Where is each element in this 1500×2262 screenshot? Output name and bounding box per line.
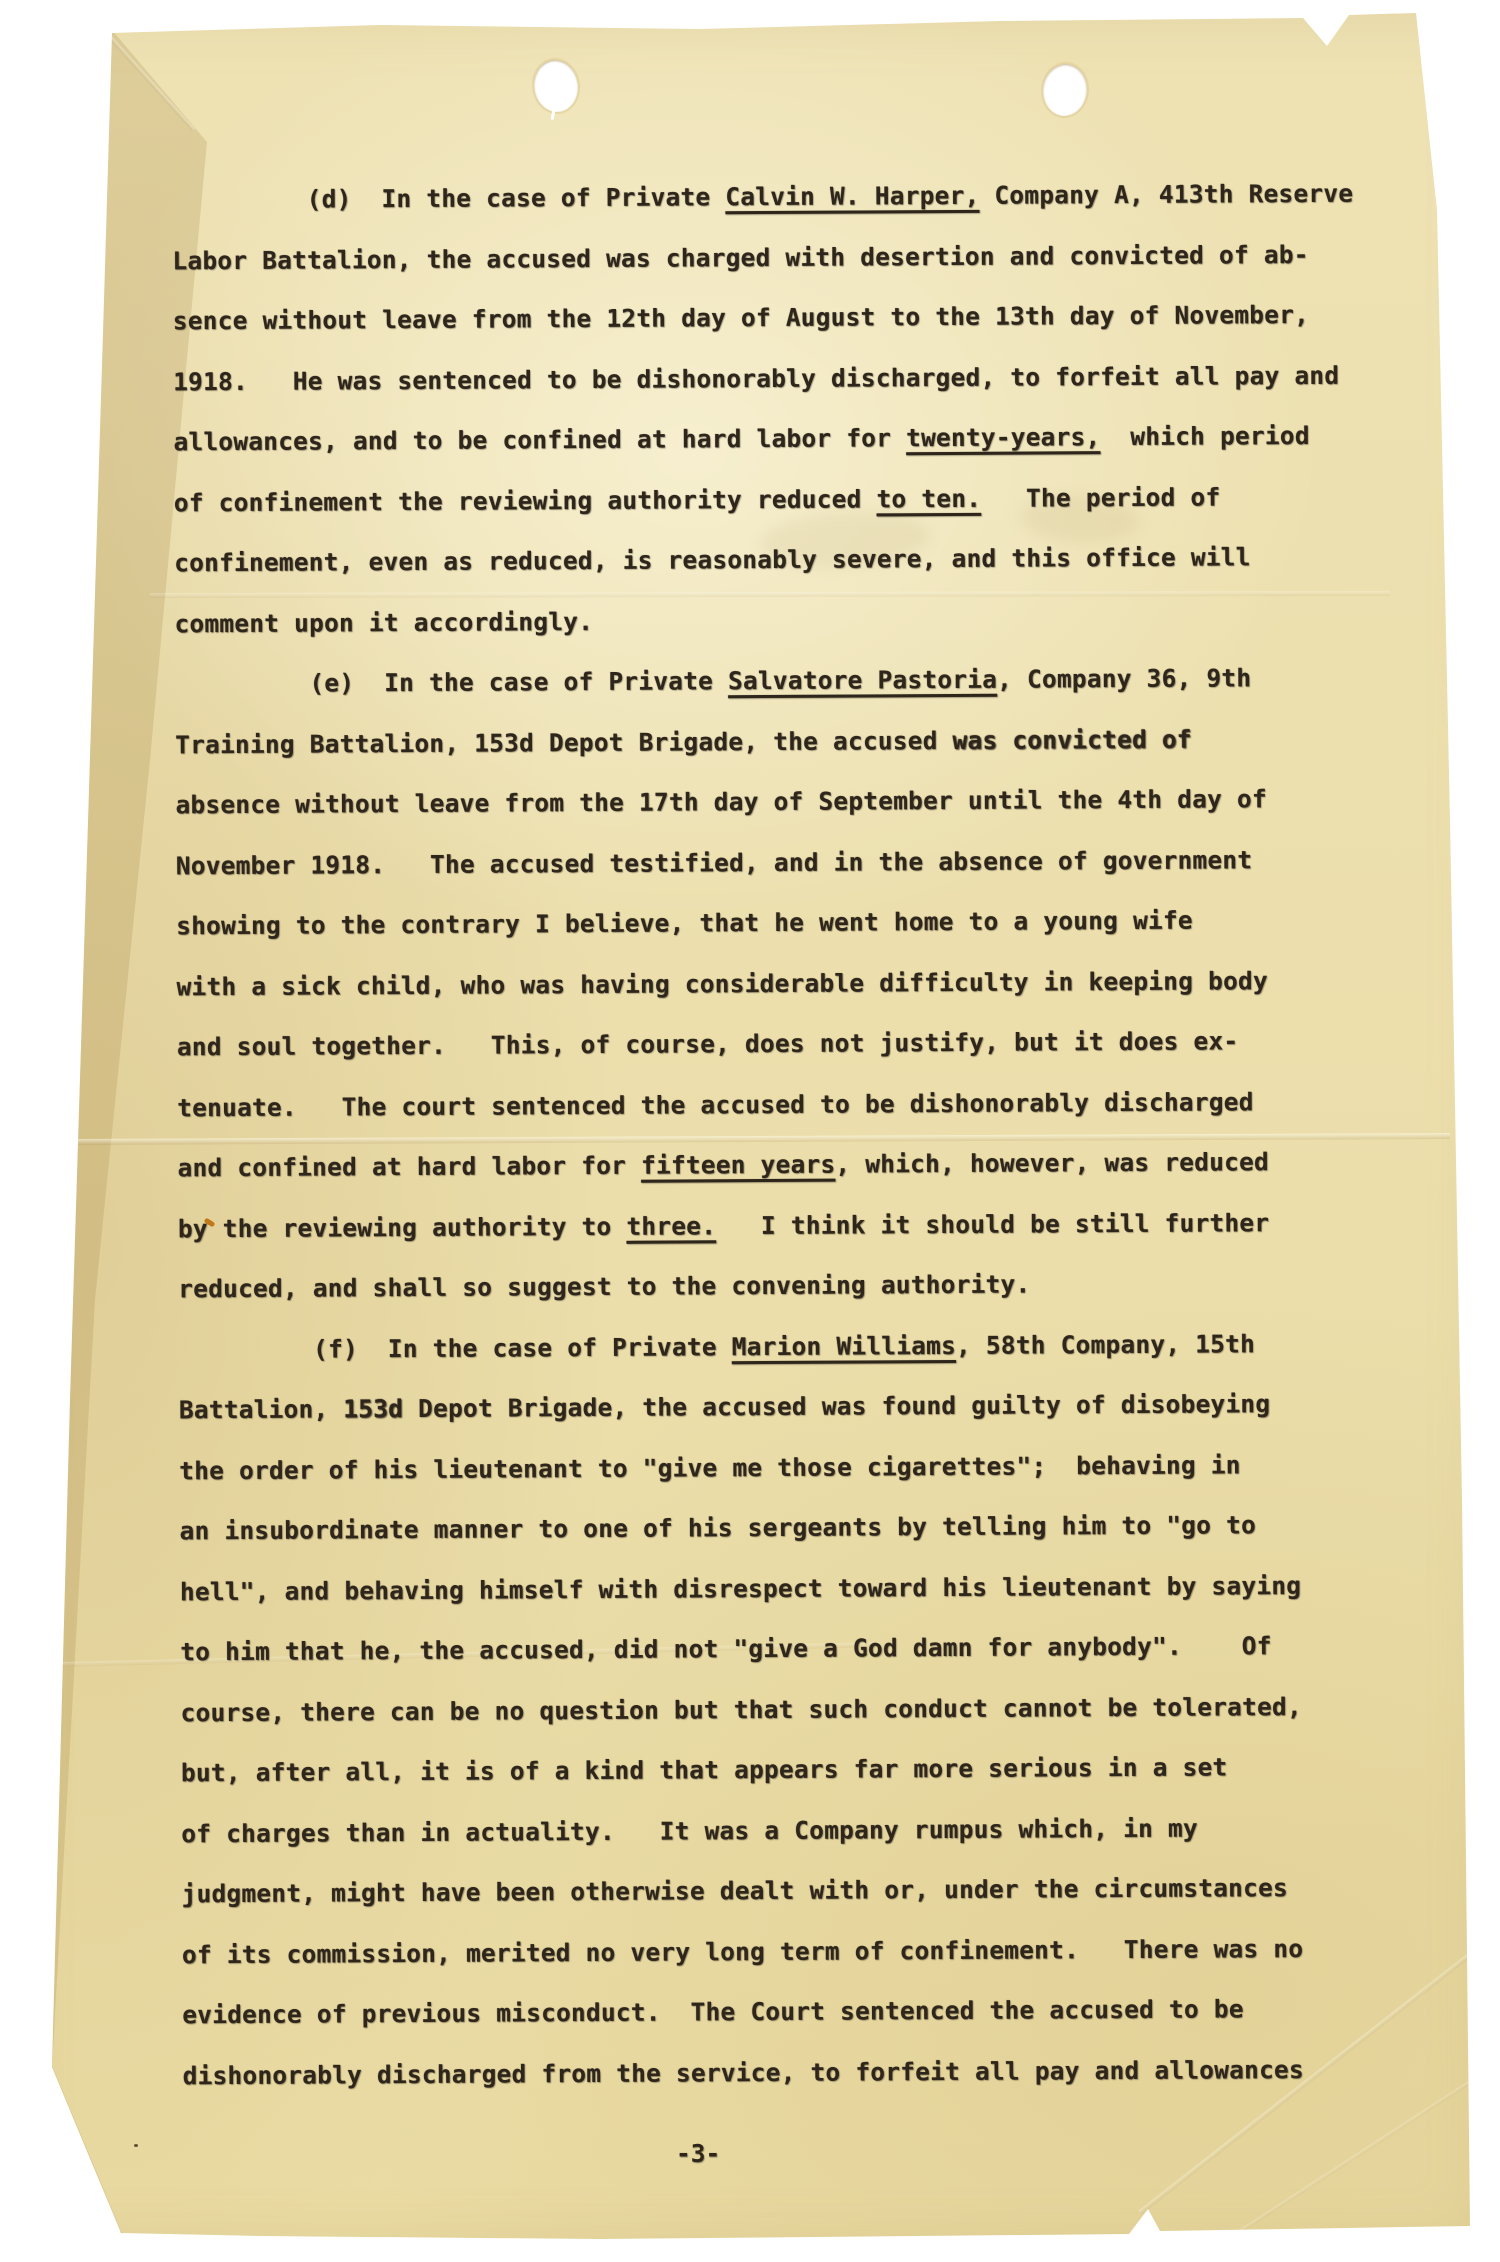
text-segment: by the reviewing authority to [178,1211,627,1243]
text-line: Training Battalion, 153d Depot Brigade, … [175,708,1356,775]
underlined-text: to ten. [876,483,981,513]
text-segment: but, after all, it is of a kind that app… [181,1752,1228,1787]
text-segment: , which, however, was reduced [835,1147,1269,1178]
text-line: sence without leave from the 12th day of… [173,285,1354,352]
text-line: evidence of previous misconduct. The Cou… [182,1979,1363,2046]
text-line: and soul together. This, of course, does… [177,1011,1358,1078]
text-line: an insubordinate manner to one of his se… [179,1495,1360,1562]
text-segment: to him that he, the accused, did not "gi… [180,1631,1272,1666]
text-line: (e) In the case of Private Salvatore Pas… [175,648,1356,715]
text-segment: allowances, and to be confined at hard l… [173,423,906,456]
text-line: (f) In the case of Private Marion Willia… [178,1313,1359,1380]
text-line: allowances, and to be confined at hard l… [173,406,1354,473]
text-segment: I think it should be still further [716,1208,1269,1240]
text-segment: Battalion, [179,1394,344,1424]
text-line: November 1918. The accused testified, an… [176,829,1357,896]
text-segment: confinement, even as reduced, is reasona… [174,542,1251,577]
text-segment: which period [1100,421,1309,451]
page-number: -3- [676,2124,720,2184]
paper-speck [78,195,82,199]
punch-hole-right [1040,62,1089,118]
text-segment: evidence of previous misconduct. The Cou… [182,1994,1244,2029]
text-line: (d) In the case of Private Calvin W. Har… [172,164,1353,231]
text-line: of its commission, merited no very long … [182,1918,1363,1985]
text-line: with a sick child, who was having consid… [176,950,1357,1017]
text-line: showing to the contrary I believe, that … [176,890,1357,957]
paper-speck [1436,141,1439,144]
text-segment: an insubordinate manner to one of his se… [180,1510,1257,1545]
text-line: by the reviewing authority to three. I t… [178,1192,1359,1259]
text-segment: and confined at hard labor for [177,1151,641,1183]
text-line: Battalion, 153d Depot Brigade, the accus… [179,1374,1360,1441]
text-segment: Company A, 413th Reserve [979,179,1353,210]
text-segment: judgment, might have been otherwise deal… [182,1873,1288,1908]
text-segment: was convicted of [953,724,1192,754]
text-segment: comment upon it accordingly. [174,606,593,637]
text-line: of confinement the reviewing authority r… [174,466,1355,533]
text-segment: (e) In the case of Private [175,666,728,698]
text-line: absence without leave from the 17th day … [175,769,1356,836]
underlined-text: Marion Williams [732,1330,956,1360]
text-segment: course, there can be no question but tha… [181,1692,1302,1727]
text-line: dishonorably discharged from the service… [182,2039,1363,2106]
text-segment: hell", and behaving himself with disresp… [180,1571,1301,1606]
text-line: but, after all, it is of a kind that app… [181,1737,1362,1804]
text-line: course, there can be no question but tha… [180,1676,1361,1743]
text-segment: (d) In the case of Private [172,182,725,214]
text-line: 1918. He was sentenced to be dishonorabl… [173,345,1354,412]
text-segment: , Company 36, 9th [997,663,1251,693]
corner-fold-crease [47,2064,121,2233]
text-segment: absence without leave from the 17th day … [175,784,1267,819]
text-segment: with a sick child, who was having consid… [176,966,1268,1001]
text-segment: The period of [981,482,1220,512]
text-segment: (f) In the case of Private [179,1332,732,1364]
text-line: and confined at hard labor for fifteen y… [177,1132,1358,1199]
text-segment: November 1918. The accused testified, an… [176,845,1253,880]
text-line: of charges than in actuality. It was a C… [181,1797,1362,1864]
text-line: tenuate. The court sentenced the accused… [177,1071,1358,1138]
text-line: judgment, might have been otherwise deal… [181,1858,1362,1925]
paper-speck [134,2144,138,2147]
text-line: to him that he, the accused, did not "gi… [180,1616,1361,1683]
text-line: Labor Battalion, the accused was charged… [172,224,1353,291]
text-segment: Training Battalion, 153d Depot Brigade, … [175,725,953,758]
text-segment: the order of his lieutenant to "give me … [179,1450,1241,1485]
text-segment: sence without leave from the 12th day of… [173,300,1309,335]
text-line: reduced, and shall so suggest to the con… [178,1253,1359,1320]
text-segment: and soul together. This, of course, does… [177,1026,1239,1061]
text-segment: of confinement the reviewing authority r… [174,484,877,517]
text-segment: , 58th Company, 15th [956,1329,1255,1360]
text-line: comment upon it accordingly. [174,587,1355,654]
text-line: confinement, even as reduced, is reasona… [174,527,1355,594]
text-segment: dishonorably discharged from the service… [183,2055,1304,2090]
underlined-text: three. [626,1211,716,1241]
typewritten-text: (d) In the case of Private Calvin W. Har… [172,164,1364,2107]
text-line: hell", and behaving himself with disresp… [180,1555,1361,1622]
underlined-text: twenty-years, [906,422,1101,452]
text-segment: reduced, and shall so suggest to the con… [178,1270,1030,1304]
text-segment: of charges than in actuality. It was a C… [181,1813,1198,1848]
text-segment: showing to the contrary I believe, that … [176,906,1193,941]
text-segment: 153d [343,1394,403,1423]
underlined-text: fifteen years [641,1150,836,1180]
text-segment: 1918. He was sentenced to be dishonorabl… [173,360,1339,396]
text-line: the order of his lieutenant to "give me … [179,1434,1360,1501]
underlined-text: Calvin W. Harper, [725,181,979,211]
text-segment: of its commission, merited no very long … [182,1934,1303,1969]
text-segment: Depot Brigade, the accused was found gui… [403,1389,1270,1423]
underlined-text: Salvatore Pastoria [728,665,997,696]
text-segment: tenuate. The court sentenced the accused… [177,1087,1254,1122]
text-segment: Labor Battalion, the accused was charged… [172,239,1308,274]
paper-sheet: (d) In the case of Private Calvin W. Har… [0,0,1500,2262]
